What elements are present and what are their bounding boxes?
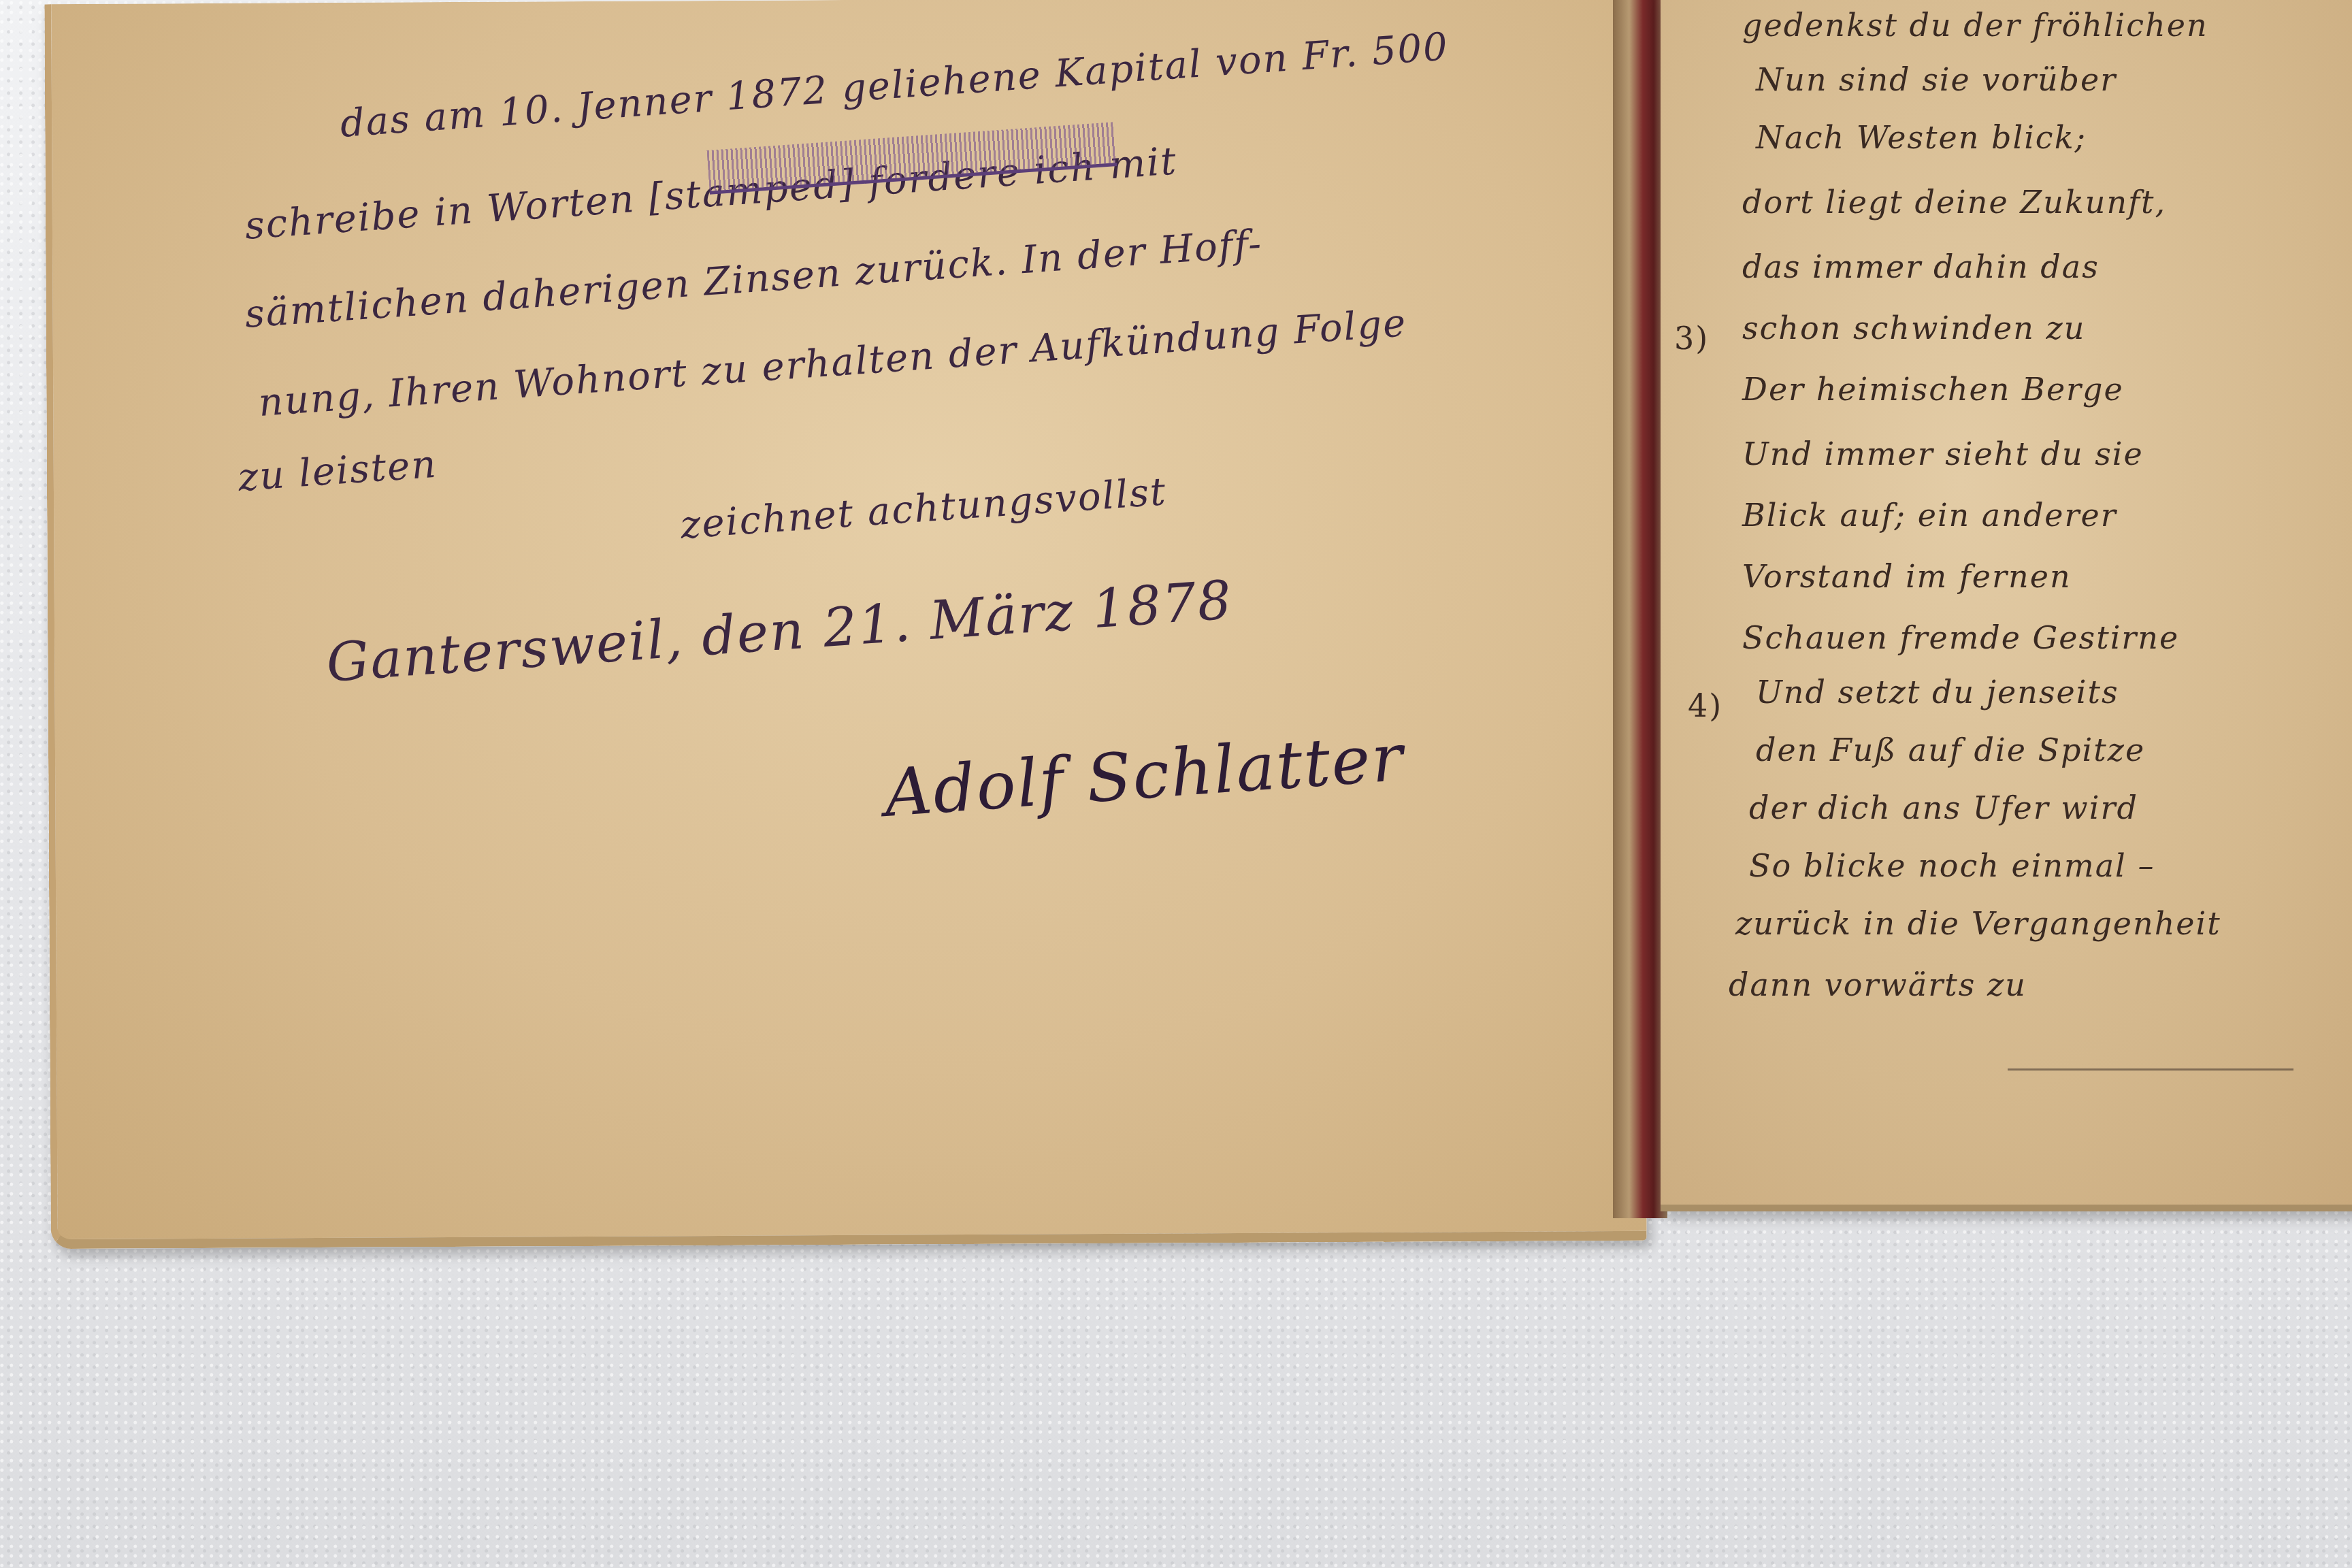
handwritten-line: Schauen fremde Gestirne [1742, 619, 2179, 656]
handwritten-line: Nach Westen blick; [1756, 119, 2087, 156]
handwritten-line: gedenkst du der fröhlichen [1742, 7, 2208, 44]
margin-number: 3) [1674, 320, 1709, 357]
handwritten-line: der dich ans Ufer wird [1749, 789, 2138, 826]
closing-rule-line [2008, 1068, 2293, 1071]
handwritten-line: zurück in die Vergangenheit [1735, 905, 2221, 942]
handwritten-line: Und setzt du jenseits [1756, 674, 2119, 710]
handwritten-line: Vorstand im fernen [1742, 558, 2072, 595]
handwritten-line: den Fuß auf die Spitze [1756, 732, 2145, 768]
notebook-spine [1613, 0, 1667, 1218]
handwritten-line: Der heimischen Berge [1742, 371, 2124, 408]
handwritten-line: Nun sind sie vorüber [1756, 61, 2117, 98]
margin-number: 4) [1688, 687, 1722, 724]
handwritten-line: Und immer sieht du sie [1742, 436, 2144, 472]
handwritten-line: schon schwinden zu [1742, 310, 2085, 346]
handwritten-line: So blicke noch einmal – [1749, 847, 2155, 884]
handwritten-line: dort liegt deine Zukunft, [1742, 184, 2166, 220]
handwritten-line: dann vorwärts zu [1729, 966, 2027, 1003]
right-notebook-page [1661, 0, 2352, 1211]
handwritten-line: das immer dahin das [1742, 248, 2100, 285]
handwritten-line: Blick auf; ein anderer [1742, 497, 2117, 534]
